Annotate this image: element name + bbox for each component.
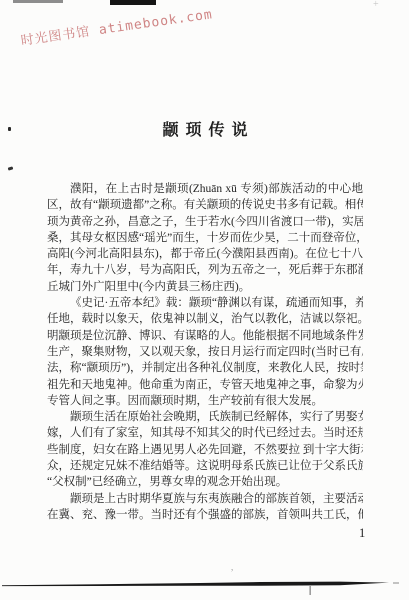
text-line: 在冀、兖、豫一带。当时还有个强盛的部族，首领叫共工氏，他活动 [47, 507, 363, 523]
text-line: 明颛顼是位沉静、博识、有谋略的人。他能根据不同地域条件发展 [47, 328, 363, 344]
text-line: 桑，其母女枢因感“瑶光”而生，十岁而佐少昊，二十而登帝位，初封 [47, 230, 363, 246]
top-edge-black-bar [110, 0, 156, 5]
text-line: 丘城门外广阳里中(今内黄县三杨庄西)。 [47, 279, 363, 295]
text-line: 法，称“颛顼历”)，并制定出各种礼仪制度，来教化人民，按时祭祀 [47, 360, 363, 376]
text-line: 年，寿九十八岁，号为高阳氏，列为五帝之一，死后葬于东郡濮阳顿 [47, 262, 363, 278]
scan-speck-comma: , [231, 563, 233, 572]
scan-speck-plus: + [373, 0, 379, 10]
text-line: 祖先和天地鬼神。他命重为南正，专管天地鬼神之事，命黎为火正， [47, 377, 363, 393]
scanned-book-page: + 时光图书馆 atimebook.com 颛顼传说 濮阳，在上古时是颛顼(Zh… [0, 0, 409, 600]
text-line: 区，故有“颛顼遗都”之称。有关颛顼的传说史书多有记载。相传颛 [47, 197, 363, 213]
text-line: “父权制”已经确立，男尊女卑的观念开始出现。 [47, 474, 363, 490]
scan-speck-dash [8, 166, 14, 170]
page-title: 颛顼传说 [47, 117, 363, 140]
page-bottom-scan-edge [0, 574, 409, 600]
text-line: 生产，聚集财物，又以观天象，按日月运行而定四时(当时已有历 [47, 344, 363, 360]
body-text: 濮阳，在上古时是颛顼(Zhuān xū 专须)部族活动的中心地区，故有“颛顼遗都… [47, 181, 363, 523]
text-line: 颛顼生活在原始社会晚期，氏族制已经解体，实行了男娶女 [47, 409, 363, 425]
text-line: 顼为黄帝之孙，昌意之子，生于若水(今四川省渡口一带)，实居穷 [47, 214, 363, 230]
text-line: 濮阳，在上古时是颛顼(Zhuān xū 专须)部族活动的中心地 [47, 181, 363, 197]
text-line: 些制度，妇女在路上遇见男人必先回避，不然要拉 到十字大街示 [47, 442, 363, 458]
text-line: 颛顼是上古时期华夏族与东夷族融合的部族首领，主要活动 [47, 491, 363, 507]
page-number: 1 [359, 526, 365, 541]
text-line: 嫁，人们有了家室，知其母不知其父的时代已经过去。当时还规定 [47, 425, 363, 441]
text-line: 高阳(今河北高阳县东)，都于帝丘(今濮阳县西南)。在位七十八 [47, 246, 363, 262]
text-line: 任地，载时以象天，依鬼神以制义，治气以教化，洁诚以祭祀。”这说 [47, 311, 363, 327]
top-edge-gray-bar [13, 0, 63, 3]
scan-speck-dot [8, 127, 11, 131]
text-line: 专管人间之事。因而颛顼时期，生产较前有很大发展。 [47, 393, 363, 409]
text-line: 众，还规定兄妹不准结婚等。这说明母系氏族已让位于父系氏族， [47, 458, 363, 474]
text-line: 《史记·五帝本纪》载：颛顼“静渊以有谋，疏通而知事，养材以 [47, 295, 363, 311]
library-watermark: 时光图书馆 atimebook.com [19, 3, 213, 49]
